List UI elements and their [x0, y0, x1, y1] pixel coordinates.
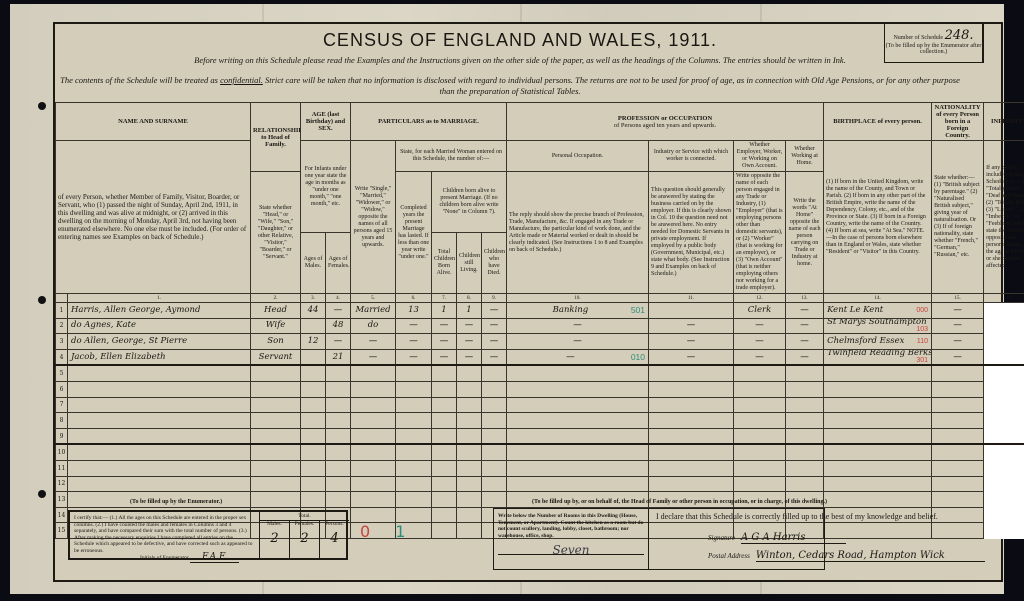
years-married-cell: [396, 365, 432, 381]
children-total-cell: —: [432, 349, 457, 365]
signature-value: A G A Harris: [741, 532, 846, 544]
enumerator-heading: (To be filled up by the Enumerator.): [130, 499, 222, 505]
col-num: 5.: [351, 294, 396, 303]
years-married-cell: [396, 381, 432, 397]
employer-cell: [734, 397, 786, 413]
instruction-line: Before writing on this Schedule please r…: [160, 55, 880, 65]
years-married-cell: [396, 507, 432, 523]
children-living-cell: [457, 507, 482, 523]
employer-cell-value: —: [755, 352, 764, 362]
ages-males-heading: Ages of Males.: [301, 233, 326, 294]
children-died-cell: [482, 428, 507, 444]
industry-cell: —: [649, 334, 734, 350]
children-total-cell: [432, 523, 457, 539]
table-row: 4Jacob, Ellen ElizabethServant21——————01…: [56, 349, 1024, 365]
home-cell: —: [786, 349, 824, 365]
industry-cell: [649, 365, 734, 381]
employer-heading: Whether Employer, Worker, or Working on …: [734, 141, 786, 172]
marital-status-cell: [351, 476, 396, 492]
home-cell-value: —: [800, 352, 809, 362]
occupation-cell: [507, 413, 649, 429]
col-num: 1.: [68, 294, 251, 303]
home-cell: [786, 397, 824, 413]
col-num: 6.: [396, 294, 432, 303]
birthplace-cell: [824, 460, 932, 476]
relationship-cell: Servant: [251, 349, 301, 365]
infirmity-cell: [984, 349, 1024, 365]
header-profession: PROFESSION or OCCUPATIONof Persons aged …: [507, 103, 824, 141]
infirmity-cell: [984, 318, 1024, 334]
row-number: 13: [56, 492, 68, 508]
age-male-cell-value: 12: [308, 336, 319, 346]
age-male-cell: [301, 318, 326, 334]
employer-cell-value: Clerk: [748, 305, 771, 315]
children-total-cell: [432, 365, 457, 381]
relationship-cell: [251, 381, 301, 397]
nationality-cell: [932, 460, 984, 476]
age-female-cell: 48: [326, 318, 351, 334]
industry-cell: [649, 397, 734, 413]
children-total-cell-value: 1: [441, 305, 446, 315]
postal-address-field: Postal AddressWinton, Cedars Road, Hampt…: [708, 550, 985, 561]
marital-status-cell: [351, 492, 396, 508]
home-cell-value: —: [800, 320, 809, 330]
children-died-cell: —: [482, 349, 507, 365]
infirmity-cell: [984, 523, 1024, 539]
relationship-cell: [251, 413, 301, 429]
years-married-cell: —: [396, 318, 432, 334]
row-number-value: 15: [58, 527, 66, 534]
declaration-text: I declare that this Schedule is correctl…: [656, 512, 938, 521]
occupation-cell: [507, 428, 649, 444]
row-number-value: 14: [58, 512, 66, 519]
children-died-cell: —: [482, 303, 507, 319]
header-relationship: RELATIONSHIP to Head of Family.: [251, 103, 301, 172]
table-row: 12: [56, 476, 1024, 492]
page-title: CENSUS OF ENGLAND AND WALES, 1911.: [290, 30, 750, 51]
children-total-cell-value: —: [440, 352, 449, 362]
marital-status-cell: [351, 397, 396, 413]
col-num: 14.: [824, 294, 932, 303]
years-married-cell-value: —: [409, 336, 418, 346]
personal-occupation-instructions: The reply should show the precise branch…: [507, 172, 649, 294]
birthplace-cell: [824, 397, 932, 413]
row-number: 8: [56, 413, 68, 429]
totals-box: Total. Males.2 Females.2 Persons.4: [259, 512, 349, 558]
industry-cell: [649, 413, 734, 429]
employer-cell: —: [734, 318, 786, 334]
header-infirmity: INFIRMITY.: [984, 103, 1024, 141]
employer-cell: —: [734, 349, 786, 365]
children-instructions: Children born alive to present Marriage.…: [432, 172, 507, 233]
row-number: 1: [56, 303, 68, 319]
nationality-cell: [932, 476, 984, 492]
header-birthplace: BIRTHPLACE of every person.: [824, 103, 932, 141]
persons-value: 4: [320, 531, 349, 546]
children-living-cell: 1: [457, 303, 482, 319]
name-cell-value: Harris, Allen George, Aymond: [71, 305, 200, 315]
relationship-cell: [251, 365, 301, 381]
age-female-cell-value: 48: [333, 320, 344, 330]
nationality-cell-value: —: [953, 352, 962, 362]
children-living-cell: [457, 492, 482, 508]
name-instructions: of every Person, whether Member of Famil…: [56, 141, 251, 294]
children-died-cell: [482, 413, 507, 429]
row-number: 11: [56, 460, 68, 476]
infirmity-cell: [984, 492, 1024, 508]
rooms-box: Write below the Number of Rooms in this …: [494, 509, 649, 569]
age-female-cell: [326, 365, 351, 381]
years-married-cell: 13: [396, 303, 432, 319]
years-married-cell-value: —: [409, 352, 418, 362]
age-female-cell: [326, 397, 351, 413]
marital-status-cell: [351, 444, 396, 460]
children-died-cell: [482, 476, 507, 492]
name-cell-value: Jacob, Ellen Elizabeth: [71, 352, 166, 362]
nationality-cell: [932, 381, 984, 397]
occupation-cell-value: —: [573, 336, 582, 346]
children-living-heading: Children still Living.: [457, 233, 482, 294]
infirmity-cell: [984, 334, 1024, 350]
table-row: 2do Agnes, KateWife48do————————St Marys …: [56, 318, 1024, 334]
industry-cell: [649, 303, 734, 319]
age-female-cell-value: —: [334, 305, 343, 315]
row-number-value: 11: [58, 465, 66, 472]
nationality-cell-value: —: [953, 320, 962, 330]
employer-cell: [734, 413, 786, 429]
name-cell: Harris, Allen George, Aymond: [68, 303, 251, 319]
children-died-cell: [482, 397, 507, 413]
years-married-cell: [396, 397, 432, 413]
marital-status-cell-value: —: [369, 352, 378, 362]
margin-marks: 0 1: [360, 522, 405, 541]
industry-cell: [649, 460, 734, 476]
nationality-cell: —: [932, 318, 984, 334]
nationality-cell: [932, 413, 984, 429]
schedule-number-label: Number of Schedule: [893, 35, 943, 41]
name-cell: Jacob, Ellen Elizabeth: [68, 349, 251, 365]
marital-status-instructions: Write "Single," "Married," "Widower," or…: [351, 141, 396, 294]
years-married-cell-value: 13: [408, 305, 419, 315]
employer-cell: Clerk: [734, 303, 786, 319]
row-number: 15: [56, 523, 68, 539]
occupation-cell: —: [507, 334, 649, 350]
occupation-code: 501: [631, 307, 645, 314]
initials-label: Initials of Enumerator: [140, 555, 189, 561]
nationality-cell: —: [932, 303, 984, 319]
industry-heading: Industry or Service with which worker is…: [649, 141, 734, 172]
relationship-cell: Head: [251, 303, 301, 319]
years-married-cell-value: —: [409, 320, 418, 330]
name-cell: do Allen, George, St Pierre: [68, 334, 251, 350]
confidential-notice: The contents of the Schedule will be tre…: [60, 75, 960, 97]
age-instructions: For Infants under one year state the age…: [301, 141, 351, 233]
children-total-cell-value: —: [440, 320, 449, 330]
relationship-cell: [251, 460, 301, 476]
marital-status-cell: [351, 460, 396, 476]
relationship-cell-value: Head: [264, 305, 287, 315]
children-living-cell-value: —: [465, 320, 474, 330]
children-living-cell-value: —: [465, 352, 474, 362]
occupation-cell-value: —: [566, 352, 575, 362]
rooms-value: Seven: [498, 547, 644, 555]
birthplace-cell: Twinfield Reading Berks301: [824, 349, 932, 365]
row-number-value: 9: [60, 433, 64, 440]
children-living-cell: —: [457, 334, 482, 350]
children-living-cell: [457, 365, 482, 381]
name-cell: [68, 444, 251, 460]
age-female-cell: [326, 460, 351, 476]
employer-cell: [734, 365, 786, 381]
header-marriage: PARTICULARS as to MARRIAGE.: [351, 103, 507, 141]
home-cell: [786, 381, 824, 397]
children-total-heading: Total Children Born Alive.: [432, 233, 457, 294]
age-female-cell: [326, 413, 351, 429]
occupation-cell: Banking501: [507, 303, 649, 319]
children-total-cell: —: [432, 318, 457, 334]
children-died-cell: [482, 444, 507, 460]
birthplace-cell: [824, 492, 932, 508]
nationality-cell-value: —: [953, 336, 962, 346]
age-male-cell: 12: [301, 334, 326, 350]
birthplace-cell: St Marys Southampton103: [824, 318, 932, 334]
occupation-cell: [507, 476, 649, 492]
years-married-cell: [396, 476, 432, 492]
children-total-cell: [432, 444, 457, 460]
nationality-cell: [932, 444, 984, 460]
children-living-cell: [457, 476, 482, 492]
table-row: 7: [56, 397, 1024, 413]
ages-females-heading: Ages of Females.: [326, 233, 351, 294]
col-num: 4.: [326, 294, 351, 303]
industry-cell: [649, 444, 734, 460]
relationship-instructions: State whether "Head," or "Wife," "Son," …: [251, 172, 301, 294]
children-total-cell: [432, 476, 457, 492]
occupation-cell: [507, 397, 649, 413]
relationship-cell: [251, 444, 301, 460]
children-living-cell: [457, 460, 482, 476]
name-cell: [68, 381, 251, 397]
industry-cell: —: [649, 349, 734, 365]
children-died-cell-value: —: [490, 305, 499, 315]
punch-hole-icon: [38, 102, 46, 110]
children-total-cell: [432, 460, 457, 476]
nationality-cell-value: —: [953, 305, 962, 315]
home-cell-value: —: [800, 305, 809, 315]
col-num: 16.: [984, 294, 1024, 303]
children-total-cell: [432, 428, 457, 444]
occupation-cell: [507, 444, 649, 460]
infirmity-cell: [984, 476, 1024, 492]
row-number-value: 8: [60, 417, 64, 424]
industry-cell: [649, 476, 734, 492]
birthplace-cell: [824, 428, 932, 444]
punch-hole-icon: [38, 296, 46, 304]
children-living-cell: —: [457, 349, 482, 365]
name-cell: [68, 428, 251, 444]
address-value: Winton, Cedars Road, Hampton Wick: [756, 550, 985, 562]
infirmity-cell: [984, 365, 1024, 381]
age-male-cell: [301, 413, 326, 429]
age-male-cell: [301, 492, 326, 508]
employer-cell: [734, 476, 786, 492]
occupation-cell: —010: [507, 349, 649, 365]
birthplace-code: 000: [916, 307, 928, 314]
total-label: Total.: [260, 512, 349, 521]
relationship-cell-value: Son: [267, 336, 283, 346]
marital-status-cell: [351, 381, 396, 397]
nationality-cell: —: [932, 349, 984, 365]
married-woman-instructions: State, for each Married Woman entered on…: [396, 141, 507, 172]
age-female-cell: 21: [326, 349, 351, 365]
row-number: 5: [56, 365, 68, 381]
row-number-value: 6: [60, 386, 64, 393]
years-married-cell: [396, 428, 432, 444]
nationality-instructions: State whether:— (1) "British subject by …: [932, 141, 984, 294]
home-cell: [786, 413, 824, 429]
employer-cell: [734, 460, 786, 476]
children-living-cell: [457, 397, 482, 413]
name-cell: [68, 413, 251, 429]
col-num: 2.: [251, 294, 301, 303]
profession-subtitle: of Persons aged ten years and upwards.: [614, 122, 716, 129]
nationality-cell: [932, 365, 984, 381]
name-cell: [68, 365, 251, 381]
occupation-cell: [507, 460, 649, 476]
age-male-cell: [301, 381, 326, 397]
age-male-cell-value: 44: [308, 305, 319, 315]
row-number: 12: [56, 476, 68, 492]
children-total-cell: [432, 507, 457, 523]
birthplace-cell: [824, 381, 932, 397]
relationship-cell-value: Servant: [259, 352, 293, 362]
age-male-cell: [301, 365, 326, 381]
children-died-cell-value: —: [490, 352, 499, 362]
notice-text: The contents of the Schedule will be tre…: [60, 75, 220, 85]
row-number: 10: [56, 444, 68, 460]
industry-cell-value: —: [687, 320, 696, 330]
years-married-cell: —: [396, 334, 432, 350]
age-male-cell: [301, 349, 326, 365]
home-instructions: Write the words "At Home" opposite the n…: [786, 172, 824, 294]
relationship-cell: Wife: [251, 318, 301, 334]
nationality-cell: [932, 428, 984, 444]
row-number-value: 7: [60, 401, 64, 408]
children-living-cell-value: —: [465, 336, 474, 346]
column-numbers-row: 1. 2. 3. 4. 5. 6. 7. 8. 9. 10. 11. 12. 1…: [56, 294, 1024, 303]
age-female-cell: [326, 381, 351, 397]
marital-status-cell: [351, 365, 396, 381]
schedule-number-value: 248.: [945, 28, 974, 43]
marital-status-cell: —: [351, 349, 396, 365]
infirmity-cell: [984, 428, 1024, 444]
employer-cell: —: [734, 334, 786, 350]
relationship-cell: [251, 476, 301, 492]
home-cell: [786, 365, 824, 381]
years-married-cell: [396, 460, 432, 476]
name-cell: [68, 397, 251, 413]
marital-status-cell: [351, 428, 396, 444]
name-cell: [68, 476, 251, 492]
occupation-cell: [507, 381, 649, 397]
row-number-value: 4: [60, 354, 64, 361]
col-num: 11.: [649, 294, 734, 303]
birthplace-cell: [824, 444, 932, 460]
infirmity-cell: [984, 381, 1024, 397]
col-num: 9.: [482, 294, 507, 303]
age-male-cell: [301, 397, 326, 413]
marital-status-cell: Married: [351, 303, 396, 319]
children-died-cell: [482, 381, 507, 397]
col-num: 10.: [507, 294, 649, 303]
home-cell: —: [786, 303, 824, 319]
row-number-value: 1: [60, 307, 64, 314]
age-male-cell: 44: [301, 303, 326, 319]
initials-field: Initials of Enumerator F.A.F.: [140, 552, 239, 562]
age-female-cell-value: 21: [333, 352, 344, 362]
profession-title: PROFESSION or OCCUPATION: [618, 115, 712, 122]
home-heading: Whether Working at Home.: [786, 141, 824, 172]
children-total-cell: [432, 492, 457, 508]
age-male-cell: [301, 460, 326, 476]
birthplace-cell-value: St Marys Southampton: [827, 318, 927, 327]
marital-status-cell: do: [351, 318, 396, 334]
infirmity-instructions: If any person included in this Schedule …: [984, 141, 1024, 294]
birthplace-cell: Chelmsford Essex110: [824, 334, 932, 350]
infirmity-cell: [984, 397, 1024, 413]
row-number: 6: [56, 381, 68, 397]
birthplace-cell: [824, 365, 932, 381]
enumerator-certificate: I certify that:— (1.) All the ages on th…: [68, 510, 348, 560]
birthplace-cell-value: Chelmsford Essex: [827, 336, 904, 346]
table-row: 5: [56, 365, 1024, 381]
col-num: 7.: [432, 294, 457, 303]
employer-instructions: Write opposite the name of each person e…: [734, 172, 786, 294]
employer-cell: [734, 381, 786, 397]
age-female-cell: —: [326, 334, 351, 350]
col-num: 8.: [457, 294, 482, 303]
years-married-instructions: Completed years the present Marriage has…: [396, 172, 432, 294]
years-married-cell: [396, 492, 432, 508]
children-total-cell: [432, 397, 457, 413]
home-cell: [786, 476, 824, 492]
row-number: 14: [56, 507, 68, 523]
row-number: 3: [56, 334, 68, 350]
table-row: 3do Allen, George, St PierreSon12———————…: [56, 334, 1024, 350]
name-cell-value: do Agnes, Kate: [71, 320, 136, 330]
employer-cell-value: —: [755, 336, 764, 346]
children-died-cell: [482, 460, 507, 476]
table-row: 11: [56, 460, 1024, 476]
occupation-code: 010: [631, 354, 645, 361]
children-living-cell: [457, 413, 482, 429]
employer-cell-value: —: [755, 320, 764, 330]
marital-status-cell: [351, 507, 396, 523]
children-died-heading: Children who have Died.: [482, 233, 507, 294]
row-number-value: 2: [60, 322, 64, 329]
birthplace-cell-value: Kent Le Kent: [827, 305, 883, 315]
schedule-number-note: (To be filled up by the Enumerator after…: [886, 43, 982, 55]
children-died-cell-value: —: [490, 336, 499, 346]
children-living-cell: [457, 381, 482, 397]
relationship-cell: Son: [251, 334, 301, 350]
infirmity-cell: [984, 413, 1024, 429]
age-female-cell: [326, 492, 351, 508]
males-total: Males.2: [260, 521, 290, 558]
children-total-cell: 1: [432, 303, 457, 319]
persons-total: Persons.4: [320, 521, 349, 558]
children-total-cell: [432, 381, 457, 397]
